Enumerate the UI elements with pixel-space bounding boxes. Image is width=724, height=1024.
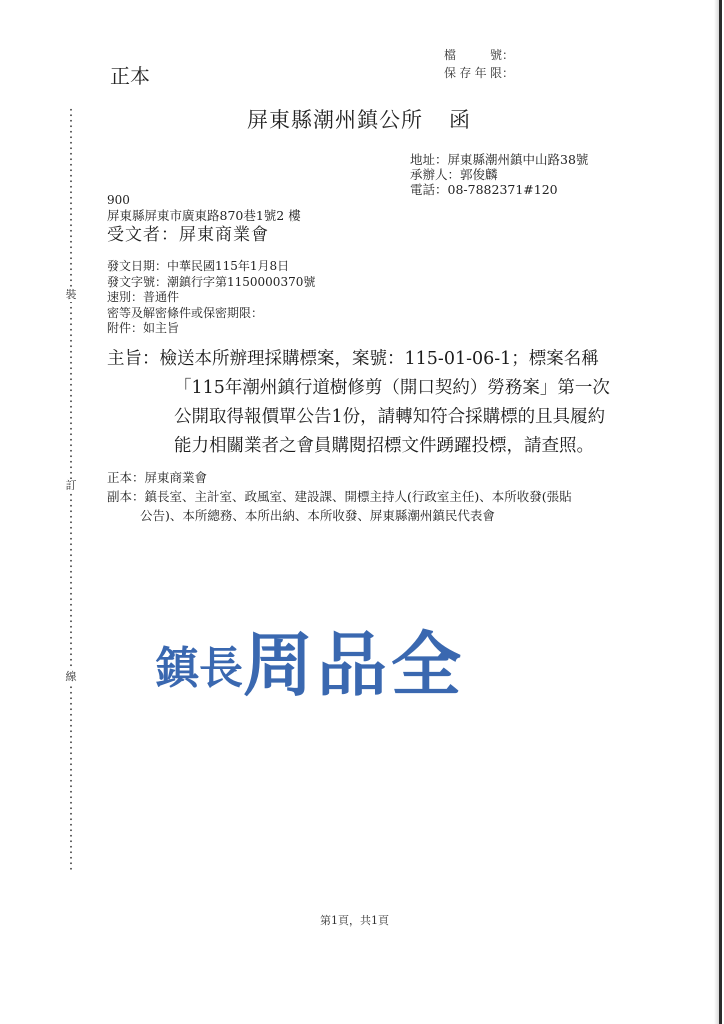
- stamp-title: 鎮長: [155, 643, 243, 694]
- retention-row: 保存年限：: [444, 64, 514, 82]
- recipient-block: 900 屏東縣屏東市廣東路870巷1號2 樓 受文者：屏東商業會: [107, 193, 301, 246]
- subject-paragraph: 主旨：檢送本所辦理採購標案，案號：115-01-06-1；標案名稱 「115年潮…: [107, 345, 610, 461]
- document-type: 函: [449, 108, 471, 132]
- mayor-seal-stamp: 鎮長周品全: [155, 620, 465, 714]
- file-number-row: 檔號：: [444, 46, 514, 64]
- file-meta: 檔號： 保存年限：: [444, 46, 514, 82]
- binding-mark-xian: 線: [63, 670, 79, 684]
- copy-recipients-line-2: 公告)、本所總務、本所出納、本所收發、屏東縣潮州鎮民代表會: [107, 506, 572, 525]
- sender-info: 地址：屏東縣潮州鎮中山路38號 承辦人：郭俊麟 電話：08-7882371#12…: [410, 152, 588, 197]
- organization-name: 屏東縣潮州鎮公所: [247, 108, 423, 132]
- issue-date: 發文日期：中華民國115年1月8日: [107, 259, 315, 275]
- sender-address: 地址：屏東縣潮州鎮中山路38號: [410, 152, 588, 167]
- scan-edge-border: [719, 0, 722, 1024]
- sender-handler: 承辦人：郭俊麟: [410, 167, 588, 182]
- delivery-speed: 速別：普通件: [107, 290, 315, 306]
- subject-line-4: 能力相關業者之會員購閱招標文件踴躍投標，請查照。: [107, 432, 610, 461]
- file-number-label: 檔號: [444, 46, 502, 64]
- copy-label: 正本: [110, 60, 150, 89]
- colon: ：: [502, 46, 514, 64]
- document-meta: 發文日期：中華民國115年1月8日 發文字號：潮鎮行字第1150000370號 …: [107, 259, 315, 337]
- colon: ：: [502, 64, 514, 82]
- recipient-postal-code: 900: [107, 193, 301, 208]
- document-title: 屏東縣潮州鎮公所函: [247, 104, 471, 134]
- security-level: 密等及解密條件或保密期限：: [107, 306, 315, 322]
- recipient-address: 屏東縣屏東市廣東路870巷1號2 樓: [107, 208, 301, 223]
- page-indicator: 第1頁，共1頁: [320, 912, 389, 928]
- stamp-name: 周品全: [243, 624, 465, 706]
- distribution-list: 正本：屏東商業會 副本：鎮長室、主計室、政風室、建設課、開標主持人(行政室主任)…: [107, 468, 572, 525]
- document-number: 發文字號：潮鎮行字第1150000370號: [107, 275, 315, 291]
- subject-line-1: 主旨：檢送本所辦理採購標案，案號：115-01-06-1；標案名稱: [107, 345, 610, 374]
- original-recipients: 正本：屏東商業會: [107, 468, 572, 487]
- binding-mark-ding: 訂: [63, 479, 79, 493]
- recipient-name: 受文者：屏東商業會: [107, 224, 301, 246]
- subject-line-3: 公開取得報價單公告1份，請轉知符合採購標的且具履約: [107, 403, 610, 432]
- binding-mark-zhuang: 裝: [63, 288, 79, 302]
- attachment: 附件：如主旨: [107, 321, 315, 337]
- retention-label: 保存年限: [444, 64, 502, 82]
- subject-line-2: 「115年潮州鎮行道樹修剪（開口契約）勞務案」第一次: [107, 374, 610, 403]
- copy-recipients-line-1: 副本：鎮長室、主計室、政風室、建設課、開標主持人(行政室主任)、本所收發(張貼: [107, 487, 572, 506]
- sender-phone: 電話：08-7882371#120: [410, 182, 588, 197]
